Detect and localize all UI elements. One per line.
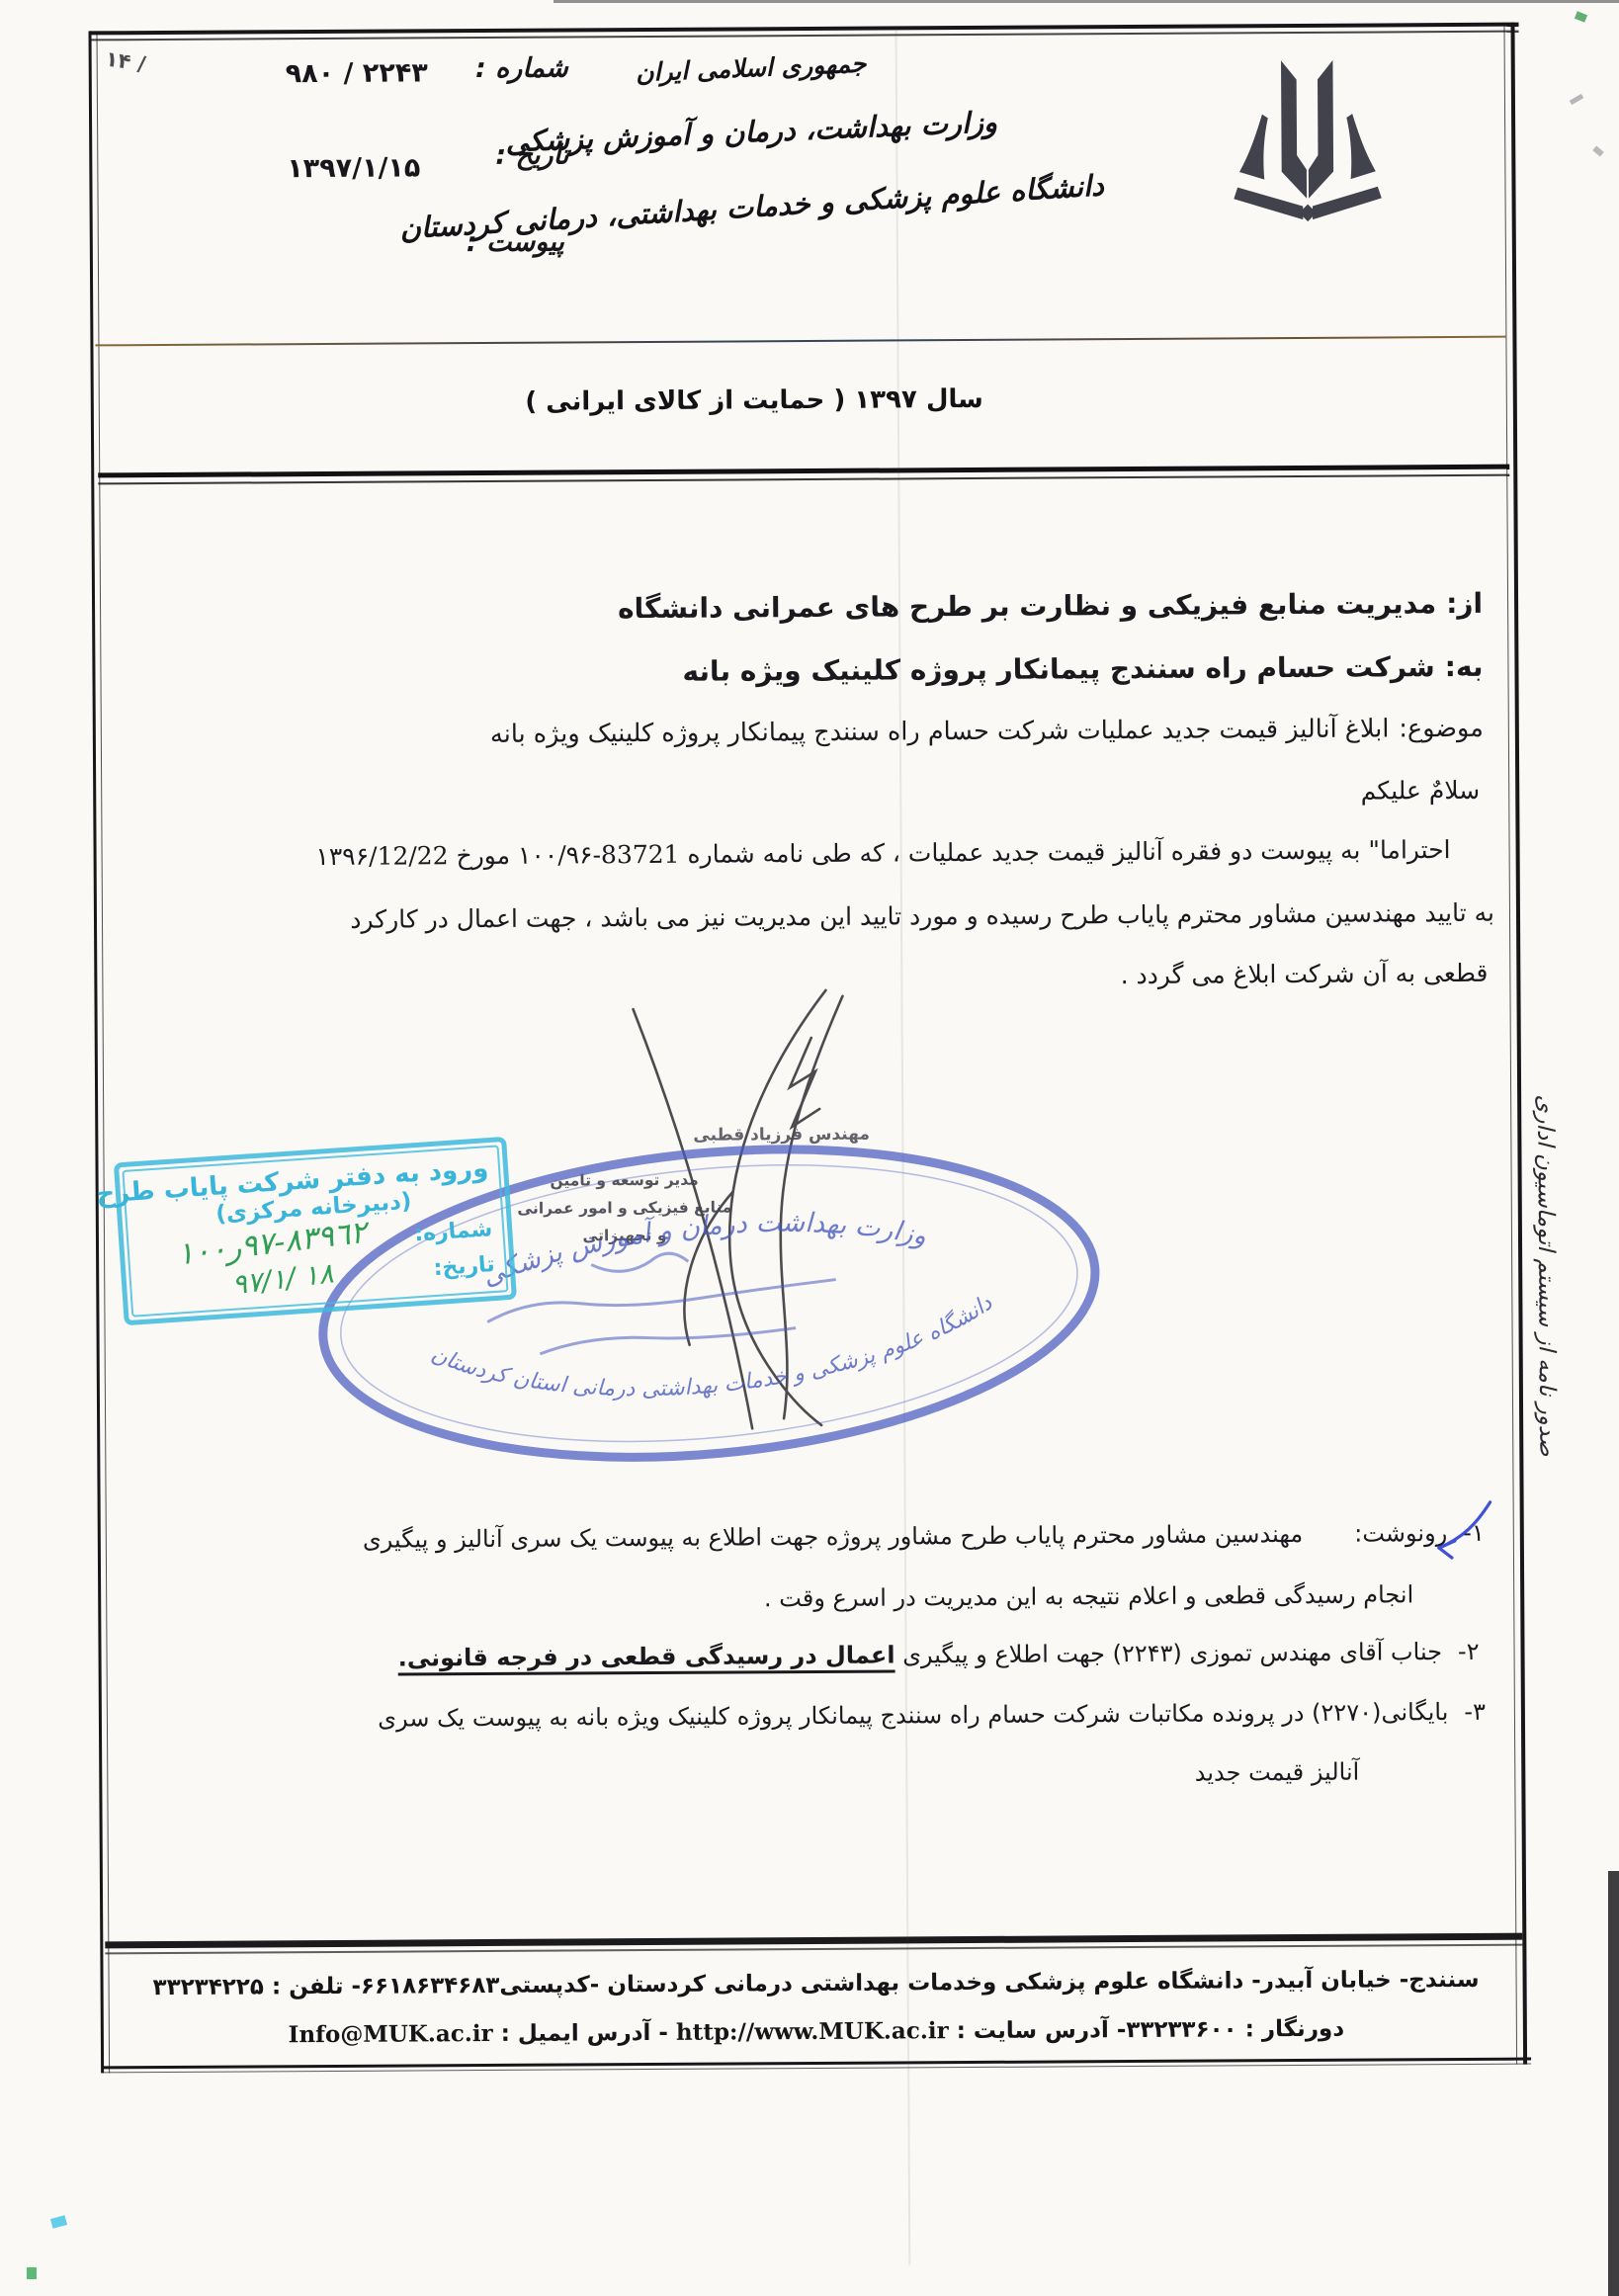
subject-value: ابلاغ آنالیز قیمت جدید عملیات شرکت حسام …	[490, 714, 1390, 749]
body-paragraph-line-3: قطعی به آن شرکت ابلاغ می گردد .	[1121, 959, 1489, 989]
letter-sheet: ۱۴ / جمهوری اسلامی ایران وزارت بهداشت، د…	[0, 0, 1619, 2296]
frame-left-line	[89, 31, 105, 2073]
corner-page-note: ۱۴ /	[104, 46, 147, 76]
entry-number-label: شماره:	[413, 1217, 493, 1246]
letter-number-label: شماره :	[475, 52, 568, 84]
letter-date-label: تاریخ :	[495, 139, 568, 170]
email-address: Info@MUK.ac.ir	[289, 2020, 493, 2048]
footer-email-label: - آدرس ایمیل :	[493, 2020, 676, 2047]
footer-address-line: سنندج- خیابان آبیدر- دانشگاه علوم پزشکی …	[145, 1967, 1488, 2000]
scan-edge-shadow	[1608, 1871, 1619, 2296]
oval-stamp-top-text: وزارت بهداشت درمان و آموزش پزشکی	[474, 1190, 932, 1294]
cc-item-3: ۳-بایگانی(۲۲۷۰) در پرونده مکاتبات شرکت ح…	[378, 1698, 1486, 1733]
cc-item-2-number: ۲-	[1458, 1638, 1480, 1665]
to-label: به:	[1445, 650, 1484, 683]
subject-line: موضوع:ابلاغ آنالیز قیمت جدید عملیات شرکت…	[490, 714, 1484, 749]
to-value: شرکت حسام راه سنندج پیمانکار پروژه کلینی…	[682, 650, 1434, 688]
year-slogan-banner: سال ۱۳۹۷ ( حمایت از کالای ایرانی )	[525, 384, 983, 417]
letter-date-value: ۱۳۹۷/۱/۱۵	[287, 152, 420, 184]
from-value: مدیریت منابع فیزیکی و نظارت بر طرح های ع…	[618, 587, 1436, 625]
cc-item-2-text: جناب آقای مهندس تموزی (۲۲۴۳) جهت اطلاع و…	[895, 1638, 1442, 1668]
cc-item-1: ۱-رونوشت:مهندسین مشاور محترم پایاب طرح م…	[363, 1519, 1485, 1554]
automation-side-note: صدور نامه از سیستم اتوماسیون اداری	[1531, 922, 1560, 1456]
entry-registration-stamp: ورود به دفتر شرکت پایاب طرح (دبیرخانه مر…	[114, 1137, 517, 1325]
referenced-letter-number: ۱۰۰/۹۶-83721	[518, 840, 680, 870]
university-emblem-icon	[1226, 53, 1390, 237]
body-paragraph-line-1: احتراما" به پیوست دو فقره آنالیز قیمت جد…	[315, 835, 1450, 871]
letter-attachment-label: پیوست :	[467, 227, 564, 259]
cc-item-3-text: بایگانی(۲۲۷۰) در پرونده مکاتبات شرکت حسا…	[378, 1698, 1448, 1733]
scan-speck-green-bottom	[27, 2267, 37, 2279]
blue-pen-checkmark	[1425, 1496, 1506, 1568]
frame-top-line	[90, 23, 1519, 36]
cc-item-1-text: مهندسین مشاور محترم پایاب طرح مشاور پروژ…	[363, 1520, 1303, 1554]
p1-text-b: مورخ	[448, 841, 518, 870]
referenced-letter-date: ۱۳۹۶/12/22	[315, 841, 448, 871]
svg-text:وزارت بهداشت درمان و آموزش پزش: وزارت بهداشت درمان و آموزش پزشکی	[474, 1190, 932, 1294]
footer-contact-line: دورنگار : ۳۳۲۳۳۶۰۰- آدرس سایت : http://w…	[145, 2014, 1488, 2049]
salutation: سلامٌ علیکم	[1361, 776, 1481, 806]
letter-number-value: ۹۸۰ / ۲۲۴۳	[286, 57, 428, 89]
cc-item-2: ۲-جناب آقای مهندس تموزی (۲۲۴۳) جهت اطلاع…	[398, 1638, 1480, 1672]
cc-item-3-continued: آنالیز قیمت جدید	[1195, 1758, 1360, 1787]
subject-label: موضوع:	[1399, 714, 1484, 744]
header-separator-rule	[95, 336, 1506, 347]
website-url: http://www.MUK.ac.ir	[676, 2017, 949, 2046]
p1-text-a: احتراما" به پیوست دو فقره آنالیز قیمت جد…	[679, 835, 1450, 869]
from-line: از:مدیریت منابع فیزیکی و نظارت بر طرح ها…	[618, 587, 1483, 625]
scan-edge-top-line	[554, 0, 1619, 3]
body-paragraph-line-2: به تایید مهندسین مشاور محترم پایاب طرح ر…	[350, 898, 1494, 934]
from-label: از:	[1446, 587, 1483, 620]
to-line: به:شرکت حسام راه سنندج پیمانکار پروژه کل…	[682, 650, 1483, 688]
entry-date-label: تاریخ:	[433, 1252, 496, 1281]
scanned-letter-page: ۱۴ / جمهوری اسلامی ایران وزارت بهداشت، د…	[0, 0, 1619, 2296]
cc-item-3-number: ۳-	[1464, 1698, 1486, 1726]
footer-fax-site-label: دورنگار : ۳۳۲۳۳۶۰۰- آدرس سایت :	[949, 2016, 1345, 2044]
cc-item-1-continued: انجام رسیدگی قطعی و اعلام نتیجه به این م…	[764, 1580, 1413, 1612]
entry-stamp-inner-border: ورود به دفتر شرکت پایاب طرح (دبیرخانه مر…	[122, 1145, 508, 1317]
cc-item-2-emphasis: اعمال در رسیدگی قطعی در فرجه قانونی.	[398, 1641, 895, 1671]
